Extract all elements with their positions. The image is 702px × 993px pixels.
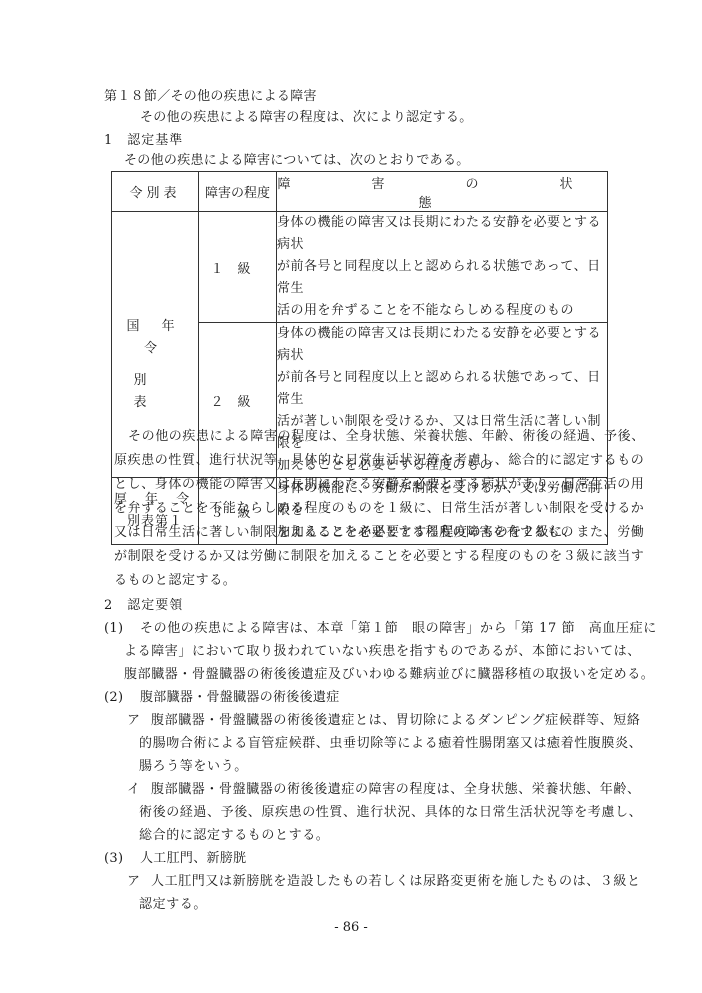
condition-line: 身体の機能の障害又は長期にわたる安静を必要とする病状 — [277, 323, 607, 367]
paragraph-line: 原疾患の性質、進行状況等、具体的な日常生活状況等を考慮し、総合的に認定するもの — [114, 452, 644, 470]
sub-line: 的腸吻合術による盲管症候群、虫垂切除等による癒着性腸閉塞又は癒着性腹膜炎、 — [139, 735, 642, 753]
header-condition: 障 害 の 状 態 — [277, 172, 608, 212]
item-line: その他の疾患による障害は、本章「第１節 眼の障害」から「第 17 節 高血圧症に — [140, 620, 657, 638]
section-title: 第１８節／その他の疾患による障害 — [104, 88, 317, 106]
sub-label: イ — [127, 781, 140, 799]
sub-line: 腹部臓器・骨盤臓器の術後後遺症の障害の程度は、全身状態、栄養状態、年齢、 — [151, 781, 641, 799]
intro-text: その他の疾患による障害の程度は、次により認定する。 — [140, 109, 473, 127]
table-header-row: 令別表 障害の程度 障 害 の 状 態 — [112, 172, 608, 212]
sub-label: ア — [127, 873, 140, 891]
sub-line: 認定する。 — [139, 896, 207, 914]
sub-label: ア — [127, 712, 140, 730]
sub-line: 腹部臓器・骨盤臓器の術後後遺症とは、胃切除によるダンピング症候群等、短絡 — [151, 712, 640, 730]
condition-line: 身体の機能の障害又は長期にわたる安静を必要とする病状 — [277, 212, 607, 256]
criteria-lead: その他の疾患による障害については、次のとおりである。 — [124, 152, 470, 170]
sub-line: 人工肛門又は新膀胱を造設したもの若しくは尿路変更術を施したものは、３級と — [151, 873, 641, 891]
header-law-table: 令別表 — [112, 172, 199, 212]
paragraph-line: その他の疾患による障害の程度は、全身状態、栄養状態、年齢、術後の経過、予後、 — [128, 428, 645, 446]
grade-cell: １級 — [199, 212, 277, 323]
condition-line: が前各号と同程度以上と認められる状態であって、日常生 — [277, 256, 607, 300]
law-national-line-1: 国 年 令 — [112, 316, 198, 360]
header-grade: 障害の程度 — [199, 172, 277, 212]
paragraph-line: 又は日常生活に著しい制限を加えることを必要とする程度のものを２級に、また、労働 — [114, 524, 644, 542]
condition-line: が前各号と同程度以上と認められる状態であって、日常生 — [277, 367, 607, 411]
condition-cell: 身体の機能の障害又は長期にわたる安静を必要とする病状 が前各号と同程度以上と認め… — [277, 212, 608, 323]
item-line: 腹部臓器・骨盤臓器の術後後遺症及びいわゆる難病並びに臓器移植の取扱いを定める。 — [124, 666, 654, 684]
criteria-heading: 1 認定基準 — [104, 132, 183, 150]
paragraph-line: とし、身体の機能の障害又は長期にわたる安静を必要とする病状があり、日常生活の用 — [114, 476, 644, 494]
item-title: 人工肛門、新膀胱 — [140, 850, 246, 868]
sub-line: 腸ろう等をいう。 — [139, 758, 248, 776]
item-line: よる障害」において取り扱われていない疾患を指すものであるが、本節においては、 — [124, 643, 641, 661]
paragraph-line: るものと認定する。 — [114, 572, 236, 590]
item-label: (3) — [104, 850, 123, 868]
paragraph-line: が制限を受けるか又は労働に制限を加えることを必要とする程度のものを３級に該当す — [114, 548, 644, 566]
item-label: (1) — [104, 620, 123, 638]
guidelines-heading: 2 認定要領 — [104, 597, 183, 615]
sub-line: 総合的に認定するものとする。 — [139, 827, 329, 845]
sub-line: 術後の経過、予後、原疾患の性質、進行状況、具体的な日常生活状況等を考慮し、 — [139, 804, 642, 822]
item-label: (2) — [104, 689, 123, 707]
table-row: 国 年 令 別 表 １級 身体の機能の障害又は長期にわたる安静を必要とする病状 … — [112, 212, 608, 323]
item-title: 腹部臓器・骨盤臓器の術後後遺症 — [140, 689, 340, 707]
law-national-line-2: 別 表 — [112, 370, 198, 414]
condition-line: 活の用を弁ずることを不能ならしめる程度のもの — [277, 300, 607, 322]
page-number: - 86 - — [0, 920, 702, 935]
paragraph-line: を弁ずることを不能ならしめる程度のものを１級に、日常生活が著しい制限を受けるか — [114, 500, 644, 518]
